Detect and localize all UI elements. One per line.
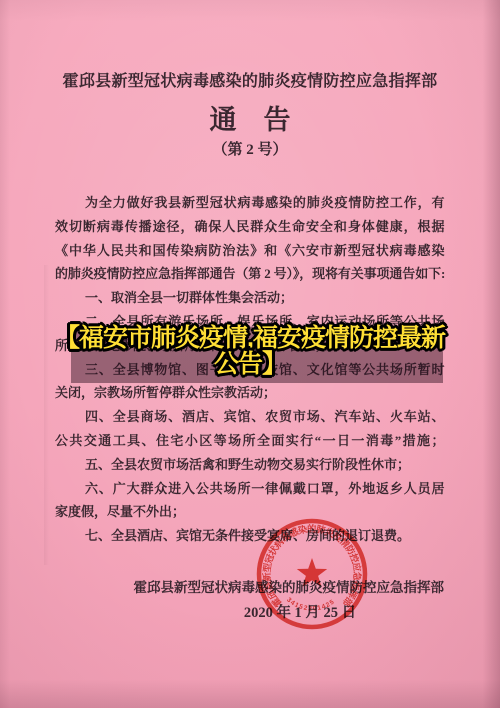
seal-serial: 34152201425 bbox=[285, 597, 336, 613]
body-line: 五、全县农贸市场活禽和野生动物交易实行阶段性休市； bbox=[55, 453, 445, 477]
body-line: 四、全县商场、酒店、宾馆、农贸市场、汽车站、火车站、 bbox=[55, 405, 445, 429]
body-line: 一、取消全县一切群体性集会活动； bbox=[55, 286, 445, 310]
body-line: 效切断病毒传播途径，确保人民群众生命安全和身体健康，根据 bbox=[55, 215, 445, 239]
notice-paper: 霍邱县新型冠状病毒感染的肺炎疫情防控应急指挥部 通 告 （第 2 号） 为全力做… bbox=[0, 0, 500, 708]
svg-text:34152201425: 34152201425 bbox=[285, 597, 336, 613]
body-line: 公共交通工具、住宅小区等场所全面实行“一日一消毒”措施； bbox=[55, 429, 445, 453]
body-line: 关闭，宗教场所暂停群众性宗教活动； bbox=[55, 381, 445, 405]
paper-crease bbox=[44, 265, 49, 565]
caption-line-2: 公告】 bbox=[0, 351, 500, 377]
body-line: 的肺炎疫情防控应急指挥部通告（第 2 号）》，现将有关事项通告如下: bbox=[55, 262, 445, 286]
caption-line-1: 【福安市肺炎疫情,福安疫情防控最新 bbox=[0, 325, 500, 351]
body-line: 为全力做好我县新型冠状病毒感染的肺炎疫情防控工作，有 bbox=[55, 191, 445, 215]
issue-number: （第 2 号） bbox=[0, 138, 500, 159]
body-line: 七、全县酒店、宾馆无条件接受宴席、房间的退订退费。 bbox=[55, 524, 445, 548]
caption-overlay-text: 【福安市肺炎疫情,福安疫情防控最新 公告】 bbox=[0, 325, 500, 377]
body-line: 六、广大群众进入公共场所一律佩戴口罩，外地返乡人员居 bbox=[55, 477, 445, 501]
official-seal: 霍邱县新型冠状病毒感染的肺炎疫情防控应急指挥部 34152201425 bbox=[254, 516, 370, 632]
seal-star-icon bbox=[297, 558, 327, 587]
body-line: 《中华人民共和国传染病防治法》和《六安市新型冠状病毒感染 bbox=[55, 239, 445, 263]
agency-title: 霍邱县新型冠状病毒感染的肺炎疫情防控应急指挥部 bbox=[0, 68, 500, 91]
issuer-signature: 霍邱县新型冠状病毒感染的肺炎疫情防控应急指挥部 bbox=[0, 576, 444, 596]
notice-title: 通 告 bbox=[0, 98, 500, 137]
body-line: 家度假，尽量不外出； bbox=[55, 500, 445, 524]
